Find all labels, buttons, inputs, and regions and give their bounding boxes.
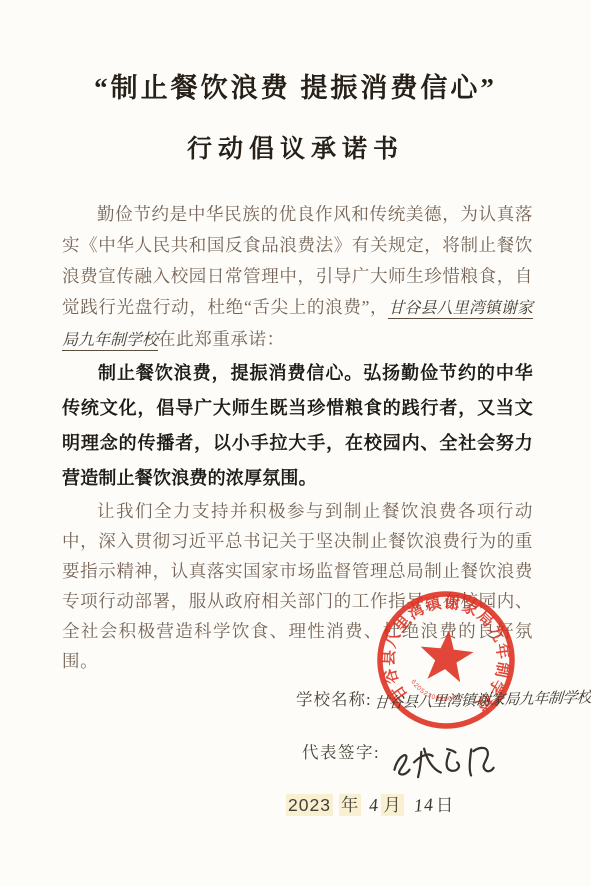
document-header: “制止餐饮浪费 提振消费信心” 行动倡议承诺书 xyxy=(0,0,591,165)
date-month-handwritten: 4 xyxy=(369,795,380,817)
date-year: 2023 xyxy=(286,794,333,816)
document-title-line2: 行动倡议承诺书 xyxy=(0,129,591,165)
document-page: “制止餐饮浪费 提振消费信心” 行动倡议承诺书 勤俭节约是中华民族的优良作风和传… xyxy=(0,0,591,886)
signature-line: 代表签字: xyxy=(302,738,508,784)
star-icon xyxy=(417,627,475,683)
paragraph-pledge: 制止餐饮浪费，提振消费信心。弘扬勤俭节约的中华传统文化，倡导广大师生既当珍惜粮食… xyxy=(62,356,533,496)
date-year-suffix: 年 xyxy=(339,794,362,816)
school-name-line: 学校名称:甘谷县八里湾镇谢家局九年制学校 xyxy=(296,686,591,710)
paragraph-intro: 勤俭节约是中华民族的优良作风和传统美德，为认真落实《中华人民共和国反食品浪费法》… xyxy=(62,199,533,356)
date-day-suffix: 日 xyxy=(436,795,455,815)
date-line: 2023 年4月14日 xyxy=(286,792,454,817)
signature-label: 代表签字: xyxy=(302,743,380,762)
school-name-label: 学校名称: xyxy=(296,690,372,709)
date-month-suffix: 月 xyxy=(381,794,404,816)
representative-signature xyxy=(387,734,510,788)
intro-text-after: 在此郑重承诺： xyxy=(158,329,285,349)
official-seal-stamp: 甘谷县八里湾镇谢家局九年制学校 6205230080081 xyxy=(364,578,529,743)
document-title-line1: “制止餐饮浪费 提振消费信心” xyxy=(0,66,591,105)
school-name-handwritten: 甘谷县八里湾镇谢家局九年制学校 xyxy=(373,686,591,713)
date-day-handwritten: 14 xyxy=(413,794,434,816)
